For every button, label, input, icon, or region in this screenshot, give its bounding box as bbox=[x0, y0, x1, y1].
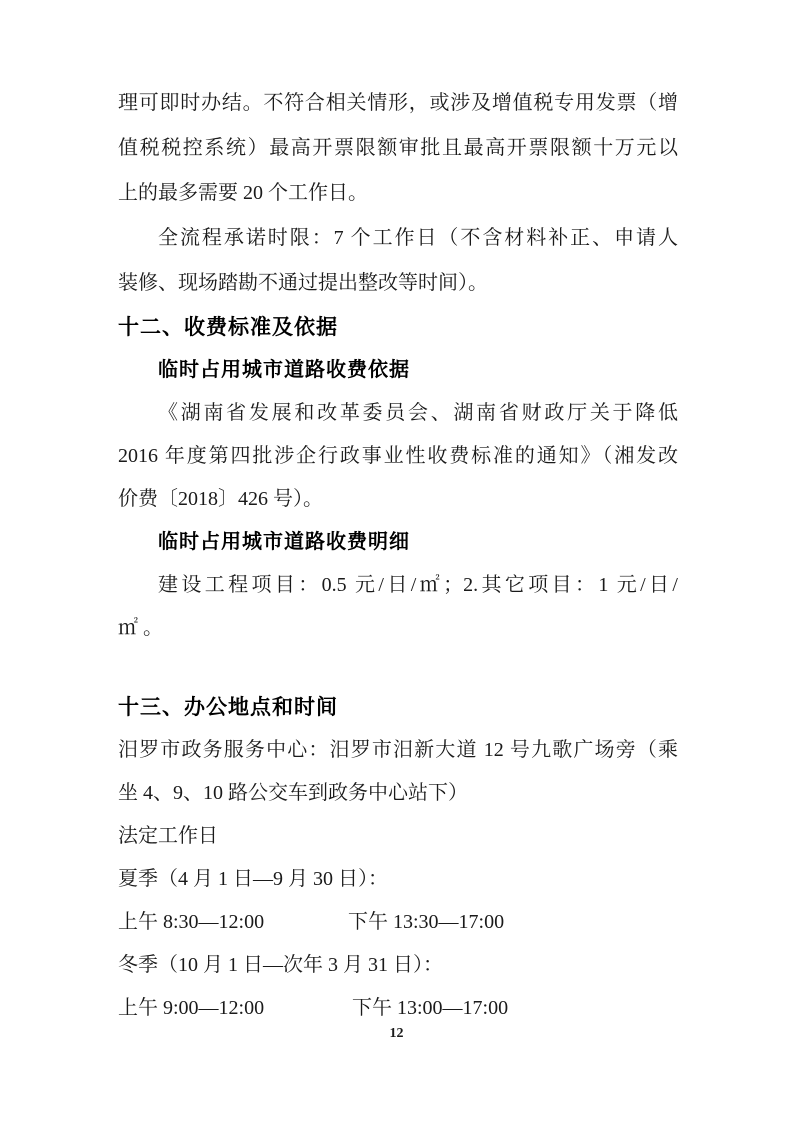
summer-afternoon-hours: 下午 13:30—17:00 bbox=[348, 911, 504, 933]
address-line-2: 坐 4、9、10 路公交车到政务中心站下） bbox=[118, 772, 678, 815]
fee-detail-subheading: 临时占用城市道路收费明细 bbox=[118, 521, 678, 564]
section-13-heading: 十三、办公地点和时间 bbox=[118, 686, 678, 729]
fee-detail-line-2: ㎡ 。 bbox=[118, 607, 678, 650]
promise-paragraph-line-1: 全流程承诺时限：7 个工作日（不含材料补正、申请人 bbox=[118, 216, 678, 261]
fee-basis-subheading: 临时占用城市道路收费依据 bbox=[118, 349, 678, 392]
document-content: 理可即时办结。不符合相关情形，或涉及增值税专用发票（增 值税税控系统）最高开票限… bbox=[118, 81, 678, 1030]
workday-label: 法定工作日 bbox=[118, 815, 678, 858]
fee-basis-line-2: 2016 年度第四批涉企行政事业性收费标准的通知》（湘发改 bbox=[118, 435, 678, 478]
winter-afternoon-hours: 下午 13:00—17:00 bbox=[352, 997, 508, 1019]
winter-morning-hours: 上午 9:00—12:00 bbox=[118, 987, 352, 1030]
vat-paragraph-line-2: 值税税控系统）最高开票限额审批且最高开票限额十万元以 bbox=[118, 126, 678, 171]
vat-paragraph-line-3: 上的最多需要 20 个工作日。 bbox=[118, 171, 678, 216]
address-line-1: 汨罗市政务服务中心：汨罗市汨新大道 12 号九歌广场旁（乘 bbox=[118, 729, 678, 772]
promise-paragraph-line-2: 装修、现场踏勘不通过提出整改等时间）。 bbox=[118, 261, 678, 306]
fee-basis-line-1: 《湖南省发展和改革委员会、湖南省财政厅关于降低 bbox=[118, 392, 678, 435]
page-number: 12 bbox=[0, 1026, 793, 1042]
summer-hours-line: 上午 8:30—12:00下午 13:30—17:00 bbox=[118, 901, 678, 944]
winter-hours-line: 上午 9:00—12:00下午 13:00—17:00 bbox=[118, 987, 678, 1030]
section-12-heading: 十二、收费标准及依据 bbox=[118, 306, 678, 349]
document-page: 理可即时办结。不符合相关情形，或涉及增值税专用发票（增 值税税控系统）最高开票限… bbox=[0, 0, 793, 1122]
winter-schedule-label: 冬季（10 月 1 日—次年 3 月 31 日）： bbox=[118, 944, 678, 987]
summer-schedule-label: 夏季（4 月 1 日—9 月 30 日）： bbox=[118, 858, 678, 901]
summer-morning-hours: 上午 8:30—12:00 bbox=[118, 901, 348, 944]
vat-paragraph-line-1: 理可即时办结。不符合相关情形，或涉及增值税专用发票（增 bbox=[118, 81, 678, 126]
paragraph-group-top: 理可即时办结。不符合相关情形，或涉及增值税专用发票（增 值税税控系统）最高开票限… bbox=[118, 81, 678, 306]
blank-line bbox=[118, 650, 678, 686]
fee-basis-line-3: 价费〔2018〕426 号）。 bbox=[118, 478, 678, 521]
fee-detail-line-1: 建设工程项目：0.5 元/日/㎡；2.其它项目：1 元/日/ bbox=[118, 564, 678, 607]
